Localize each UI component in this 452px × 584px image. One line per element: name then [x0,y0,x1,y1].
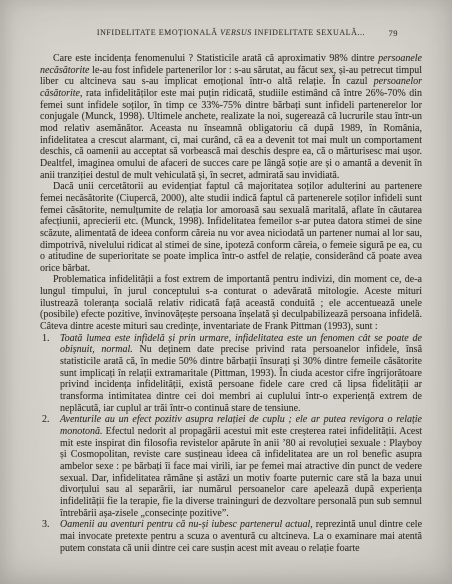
list-number-1: 1. [42,333,50,345]
text-run: Problematica infidelității a fost extrem… [40,274,422,332]
book-page: INFIDELITATE EMOȚIONALĂ VERSUS INFIDELIT… [0,0,452,584]
paragraph-incidence: Care este incidența fenomenului ? Statis… [40,53,422,181]
list-item-3: 3.Oamenii au aventuri pentru că nu-și iu… [40,519,422,554]
list-number-2: 2. [42,414,50,426]
chapter-title: INFIDELITATE EMOȚIONALĂ VERSUS INFIDELIT… [97,28,365,37]
paragraph-mythology: Problematica infidelității a fost extrem… [40,274,422,332]
text-run: le-au fost infidele partenerilor lor : s… [40,65,422,88]
text-run: , rata infidelităților este mai puțin ri… [40,88,422,181]
chapter-title-part2: INFIDELITATE SEXUALĂ... [254,28,365,37]
paragraph-partners: Dacă unii cercetătorii au evidențiat fap… [40,181,422,274]
chapter-title-part1: INFIDELITATE EMOȚIONALĂ [97,28,218,37]
list-item-2-text: Aventurile au un efect pozitiv asupra re… [60,414,422,518]
chapter-title-versus: VERSUS [220,28,252,37]
text-run: Oamenii au aventuri pentru că nu-și iube… [60,519,310,530]
list-item-3-text: Oamenii au aventuri pentru că nu-și iube… [60,519,422,553]
list-item-1-text: Toată lumea este infidelă și prin urmare… [60,333,422,414]
list-item-2: 2.Aventurile au un efect pozitiv asupra … [40,414,422,519]
list-number-3: 3. [42,519,50,531]
myths-list: 1.Toată lumea este infidelă și prin urma… [40,333,422,554]
text-run: Dacă unii cercetătorii au evidențiat fap… [40,181,422,274]
running-head: INFIDELITATE EMOȚIONALĂ VERSUS INFIDELIT… [40,28,422,40]
page-body: Care este incidența fenomenului ? Statis… [40,53,422,554]
text-run: Efectul nedorit al propagării acestui mi… [60,426,422,519]
text-run: Care este incidența fenomenului ? Statis… [53,53,378,64]
list-item-1: 1.Toată lumea este infidelă și prin urma… [40,333,422,415]
page-number: 79 [389,28,399,38]
